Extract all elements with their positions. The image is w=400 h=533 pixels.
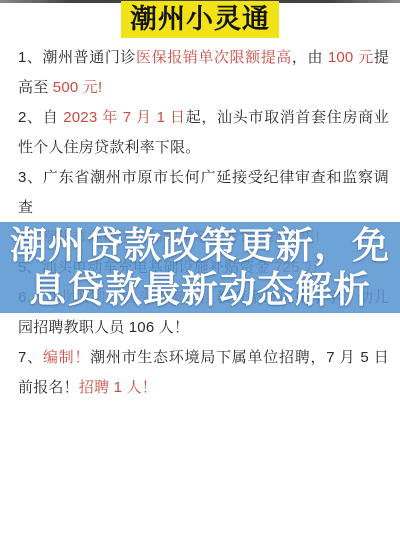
text-segment: 2023 年 7 月 1 日	[63, 109, 185, 126]
text-segment: 编制！	[43, 349, 90, 366]
list-item: 7、编制！潮州市生态环境局下属单位招聘，7 月 5 日前报名！招聘 1 人！	[18, 343, 389, 403]
page-title: 潮州小灵通	[121, 1, 279, 38]
text-segment: 500 元!	[53, 79, 103, 96]
text-segment: 1、潮州普通门诊	[18, 49, 136, 66]
text-segment: 3、广东省潮州市原市长何广延接受纪律审查和监察调查	[18, 169, 389, 216]
text-segment: 招聘 1 人！	[79, 379, 157, 396]
news-list: 1、潮州普通门诊医保报销单次限额提高，由 100 元提高至 500 元!2、自 …	[0, 38, 400, 403]
text-segment: 2、自	[18, 109, 63, 126]
promo-title-line1: 潮州贷款政策更新，免	[10, 224, 390, 268]
header: 潮州小灵通	[0, 0, 400, 38]
text-segment: 7、	[18, 349, 43, 366]
promo-overlay-banner: 潮州贷款政策更新，免 息贷款最新动态解析	[0, 222, 400, 313]
text-segment: 医保报销单次限额提高	[136, 49, 292, 66]
list-item: 3、广东省潮州市原市长何广延接受纪律审查和监察调查	[18, 163, 389, 223]
text-segment: ，由	[292, 49, 328, 66]
list-item: 1、潮州普通门诊医保报销单次限额提高，由 100 元提高至 500 元!	[18, 43, 389, 103]
text-segment: 100 元	[328, 49, 374, 66]
list-item: 2、自 2023 年 7 月 1 日起，汕头市取消首套住房商业性个人住房贷款利率…	[18, 103, 389, 163]
promo-title-line2: 息贷款最新动态解析	[29, 268, 371, 312]
